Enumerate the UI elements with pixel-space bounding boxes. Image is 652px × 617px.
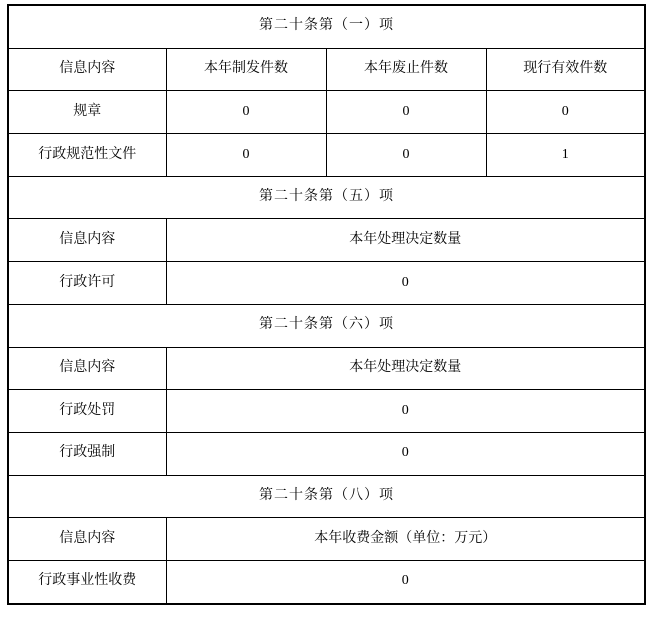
table-row-administrative-licensing: 行政许可 0 bbox=[8, 262, 645, 305]
report-page: 二、主动公开政府信息情况 第二十条第（一）项 信息内容 本年制发件数 本年废止件… bbox=[0, 0, 652, 617]
row-label-normative-documents: 行政规范性文件 bbox=[8, 134, 166, 177]
section-title-row: 第二十条第（八）项 bbox=[8, 475, 645, 518]
table-row-administrative-penalty: 行政处罚 0 bbox=[8, 390, 645, 433]
value-cell: 0 bbox=[326, 134, 486, 177]
header-row: 信息内容 本年制发件数 本年废止件数 现行有效件数 bbox=[8, 48, 645, 91]
header-cell-currently-effective: 现行有效件数 bbox=[486, 48, 645, 91]
header-cell-info-content: 信息内容 bbox=[8, 219, 166, 262]
section-title-row: 第二十条第（五）项 bbox=[8, 176, 645, 219]
value-cell: 1 bbox=[486, 134, 645, 177]
value-cell: 0 bbox=[166, 134, 326, 177]
row-label-regulations: 规章 bbox=[8, 91, 166, 134]
value-cell: 0 bbox=[166, 262, 645, 305]
value-cell: 0 bbox=[326, 91, 486, 134]
header-cell-repealed-this-year: 本年废止件数 bbox=[326, 48, 486, 91]
row-label-administrative-licensing: 行政许可 bbox=[8, 262, 166, 305]
table-row-administrative-service-fees: 行政事业性收费 0 bbox=[8, 560, 645, 603]
section-title-article20-item1: 第二十条第（一）项 bbox=[8, 5, 645, 48]
value-cell: 0 bbox=[166, 91, 326, 134]
row-label-administrative-coercion: 行政强制 bbox=[8, 432, 166, 475]
table-row-regulations: 规章 0 0 0 bbox=[8, 91, 645, 134]
clipped-page-heading-text: 二、主动公开政府信息情况 bbox=[140, 0, 440, 3]
value-cell: 0 bbox=[486, 91, 645, 134]
disclosure-report-table: 第二十条第（一）项 信息内容 本年制发件数 本年废止件数 现行有效件数 规章 0… bbox=[7, 4, 646, 605]
section-title-article20-item5: 第二十条第（五）项 bbox=[8, 176, 645, 219]
row-label-administrative-penalty: 行政处罚 bbox=[8, 390, 166, 433]
header-row: 信息内容 本年处理决定数量 bbox=[8, 219, 645, 262]
section-title-article20-item8: 第二十条第（八）项 bbox=[8, 475, 645, 518]
header-cell-decisions-this-year: 本年处理决定数量 bbox=[166, 219, 645, 262]
section-title-article20-item6: 第二十条第（六）项 bbox=[8, 304, 645, 347]
table-row-administrative-coercion: 行政强制 0 bbox=[8, 432, 645, 475]
header-cell-info-content: 信息内容 bbox=[8, 347, 166, 390]
header-cell-info-content: 信息内容 bbox=[8, 48, 166, 91]
table-row-normative-documents: 行政规范性文件 0 0 1 bbox=[8, 134, 645, 177]
section-title-row: 第二十条第（六）项 bbox=[8, 304, 645, 347]
header-cell-fees-collected: 本年收费金额（单位：万元） bbox=[166, 518, 645, 561]
header-row: 信息内容 本年收费金额（单位：万元） bbox=[8, 518, 645, 561]
section-title-row: 第二十条第（一）项 bbox=[8, 5, 645, 48]
header-cell-decisions-this-year: 本年处理决定数量 bbox=[166, 347, 645, 390]
header-row: 信息内容 本年处理决定数量 bbox=[8, 347, 645, 390]
header-cell-issued-this-year: 本年制发件数 bbox=[166, 48, 326, 91]
value-cell: 0 bbox=[166, 560, 645, 603]
clipped-page-heading: 二、主动公开政府信息情况 bbox=[140, 0, 440, 3]
value-cell: 0 bbox=[166, 390, 645, 433]
row-label-administrative-service-fees: 行政事业性收费 bbox=[8, 560, 166, 603]
header-cell-info-content: 信息内容 bbox=[8, 518, 166, 561]
value-cell: 0 bbox=[166, 432, 645, 475]
